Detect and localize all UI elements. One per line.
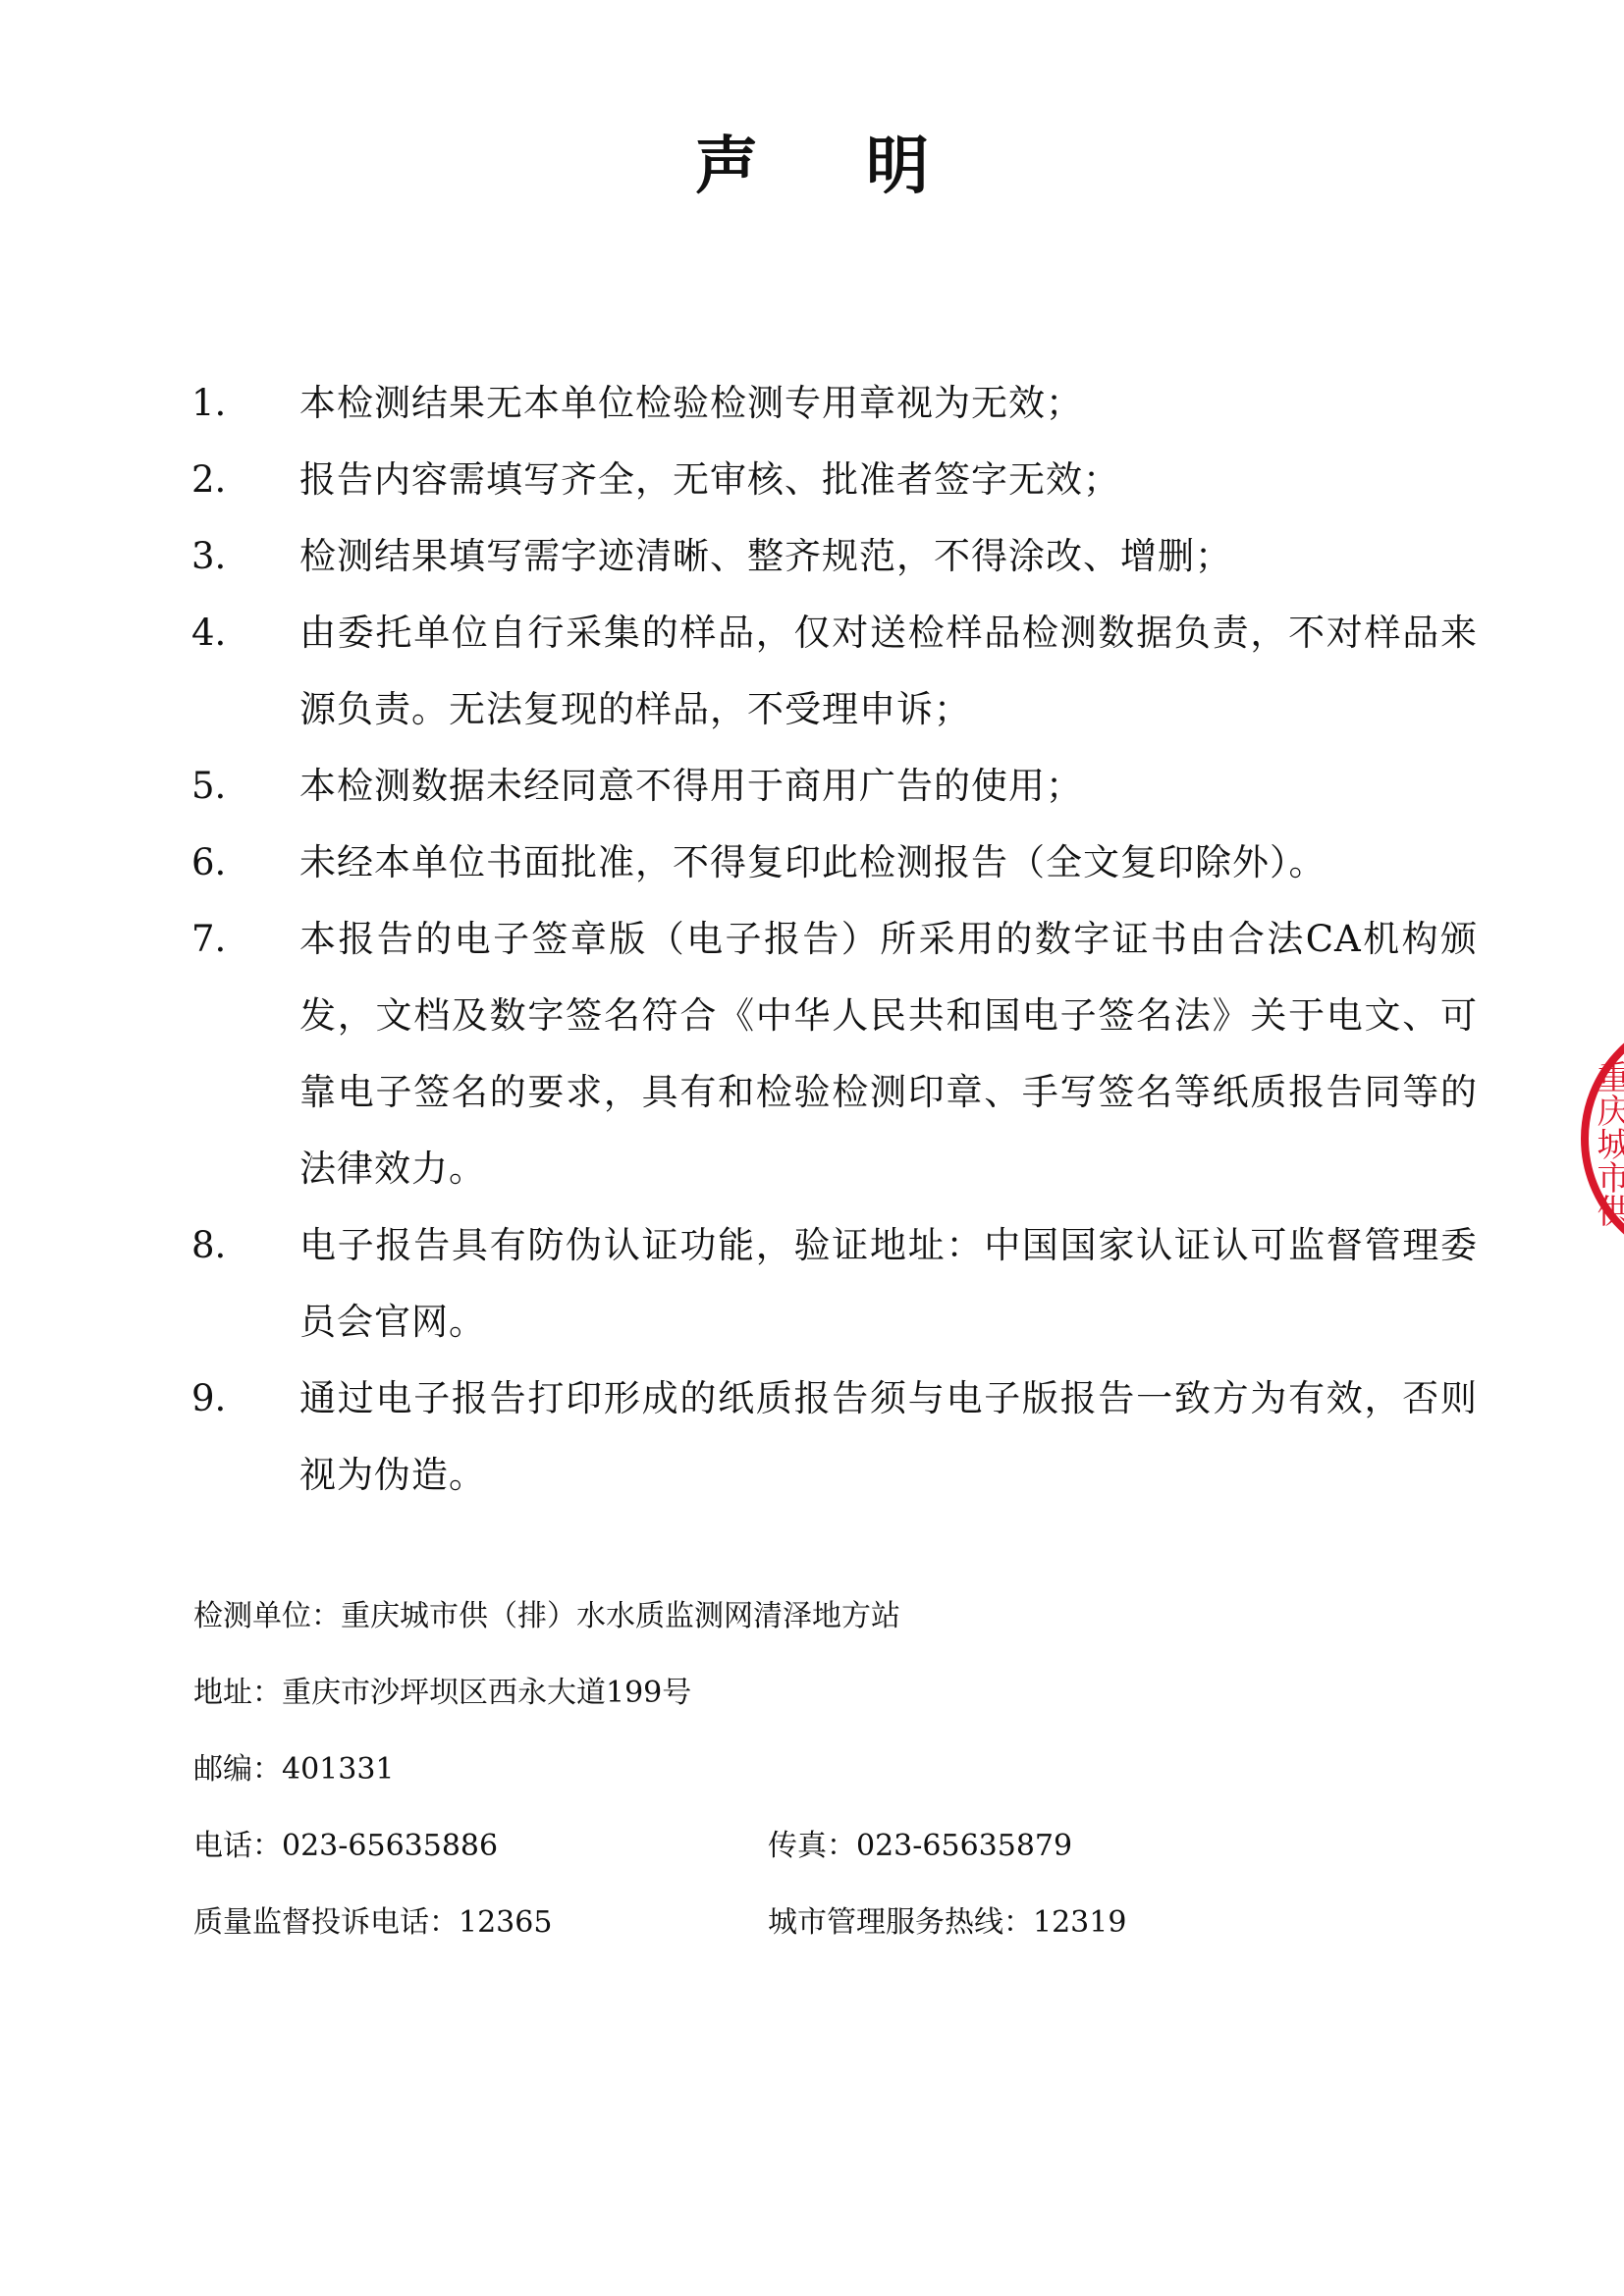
- list-item: 6.未经本单位书面批准，不得复印此检测报告（全文复印除外）。: [191, 825, 1478, 901]
- list-item: 8.电子报告具有防伪认证功能，验证地址：中国国家认证认可监督管理委员会官网。: [191, 1207, 1478, 1361]
- item-text: 本报告的电子签章版（电子报告）所采用的数字证书由合法CA机构颁发，文档及数字签名…: [299, 901, 1478, 1207]
- item-number: 8.: [191, 1207, 299, 1361]
- item-text: 未经本单位书面批准，不得复印此检测报告（全文复印除外）。: [299, 825, 1478, 901]
- complaint-phone: 质量监督投诉电话：12365: [193, 1898, 768, 1975]
- list-item: 1.本检测结果无本单位检验检测专用章视为无效；: [191, 365, 1478, 442]
- list-item: 7.本报告的电子签章版（电子报告）所采用的数字证书由合法CA机构颁发，文档及数字…: [191, 901, 1478, 1207]
- seal-text: 重庆城市供: [1591, 1060, 1624, 1227]
- list-item: 4.由委托单位自行采集的样品，仅对送检样品检测数据负责，不对样品来源负责。无法复…: [191, 595, 1478, 748]
- item-number: 6.: [191, 825, 299, 901]
- list-item: 9.通过电子报告打印形成的纸质报告须与电子版报告一致方为有效，否则视为伪造。: [191, 1361, 1478, 1514]
- item-number: 9.: [191, 1361, 299, 1514]
- item-number: 1.: [191, 365, 299, 442]
- item-number: 5.: [191, 748, 299, 825]
- list-item: 2.报告内容需填写齐全，无审核、批准者签字无效；: [191, 442, 1478, 518]
- item-text: 由委托单位自行采集的样品，仅对送检样品检测数据负责，不对样品来源负责。无法复现的…: [299, 595, 1478, 748]
- postcode: 邮编：401331: [193, 1745, 395, 1822]
- address: 地址：重庆市沙坪坝区西永大道199号: [193, 1669, 691, 1745]
- item-text: 本检测结果无本单位检验检测专用章视为无效；: [299, 365, 1478, 442]
- item-number: 3.: [191, 518, 299, 595]
- phone: 电话：023-65635886: [193, 1822, 768, 1898]
- testing-unit: 检测单位：重庆城市供（排）水水质监测网清泽地方站: [193, 1592, 900, 1669]
- page-title: 声明: [0, 116, 1624, 206]
- item-text: 电子报告具有防伪认证功能，验证地址：中国国家认证认可监督管理委员会官网。: [299, 1207, 1478, 1361]
- title-char-2: 明: [866, 116, 929, 206]
- list-item: 3.检测结果填写需字迹清晰、整齐规范，不得涂改、增删；: [191, 518, 1478, 595]
- item-number: 4.: [191, 595, 299, 748]
- item-number: 2.: [191, 442, 299, 518]
- contact-info: 检测单位：重庆城市供（排）水水质监测网清泽地方站 地址：重庆市沙坪坝区西永大道1…: [193, 1592, 1372, 1975]
- list-item: 5.本检测数据未经同意不得用于商用广告的使用；: [191, 748, 1478, 825]
- item-text: 本检测数据未经同意不得用于商用广告的使用；: [299, 748, 1478, 825]
- declaration-list: 1.本检测结果无本单位检验检测专用章视为无效； 2.报告内容需填写齐全，无审核、…: [191, 365, 1478, 1514]
- service-hotline: 城市管理服务热线：12319: [768, 1898, 1126, 1975]
- title-char-1: 声: [695, 116, 758, 206]
- fax: 传真：023-65635879: [768, 1822, 1072, 1898]
- item-number: 7.: [191, 901, 299, 1207]
- item-text: 通过电子报告打印形成的纸质报告须与电子版报告一致方为有效，否则视为伪造。: [299, 1361, 1478, 1514]
- item-text: 报告内容需填写齐全，无审核、批准者签字无效；: [299, 442, 1478, 518]
- item-text: 检测结果填写需字迹清晰、整齐规范，不得涂改、增删；: [299, 518, 1478, 595]
